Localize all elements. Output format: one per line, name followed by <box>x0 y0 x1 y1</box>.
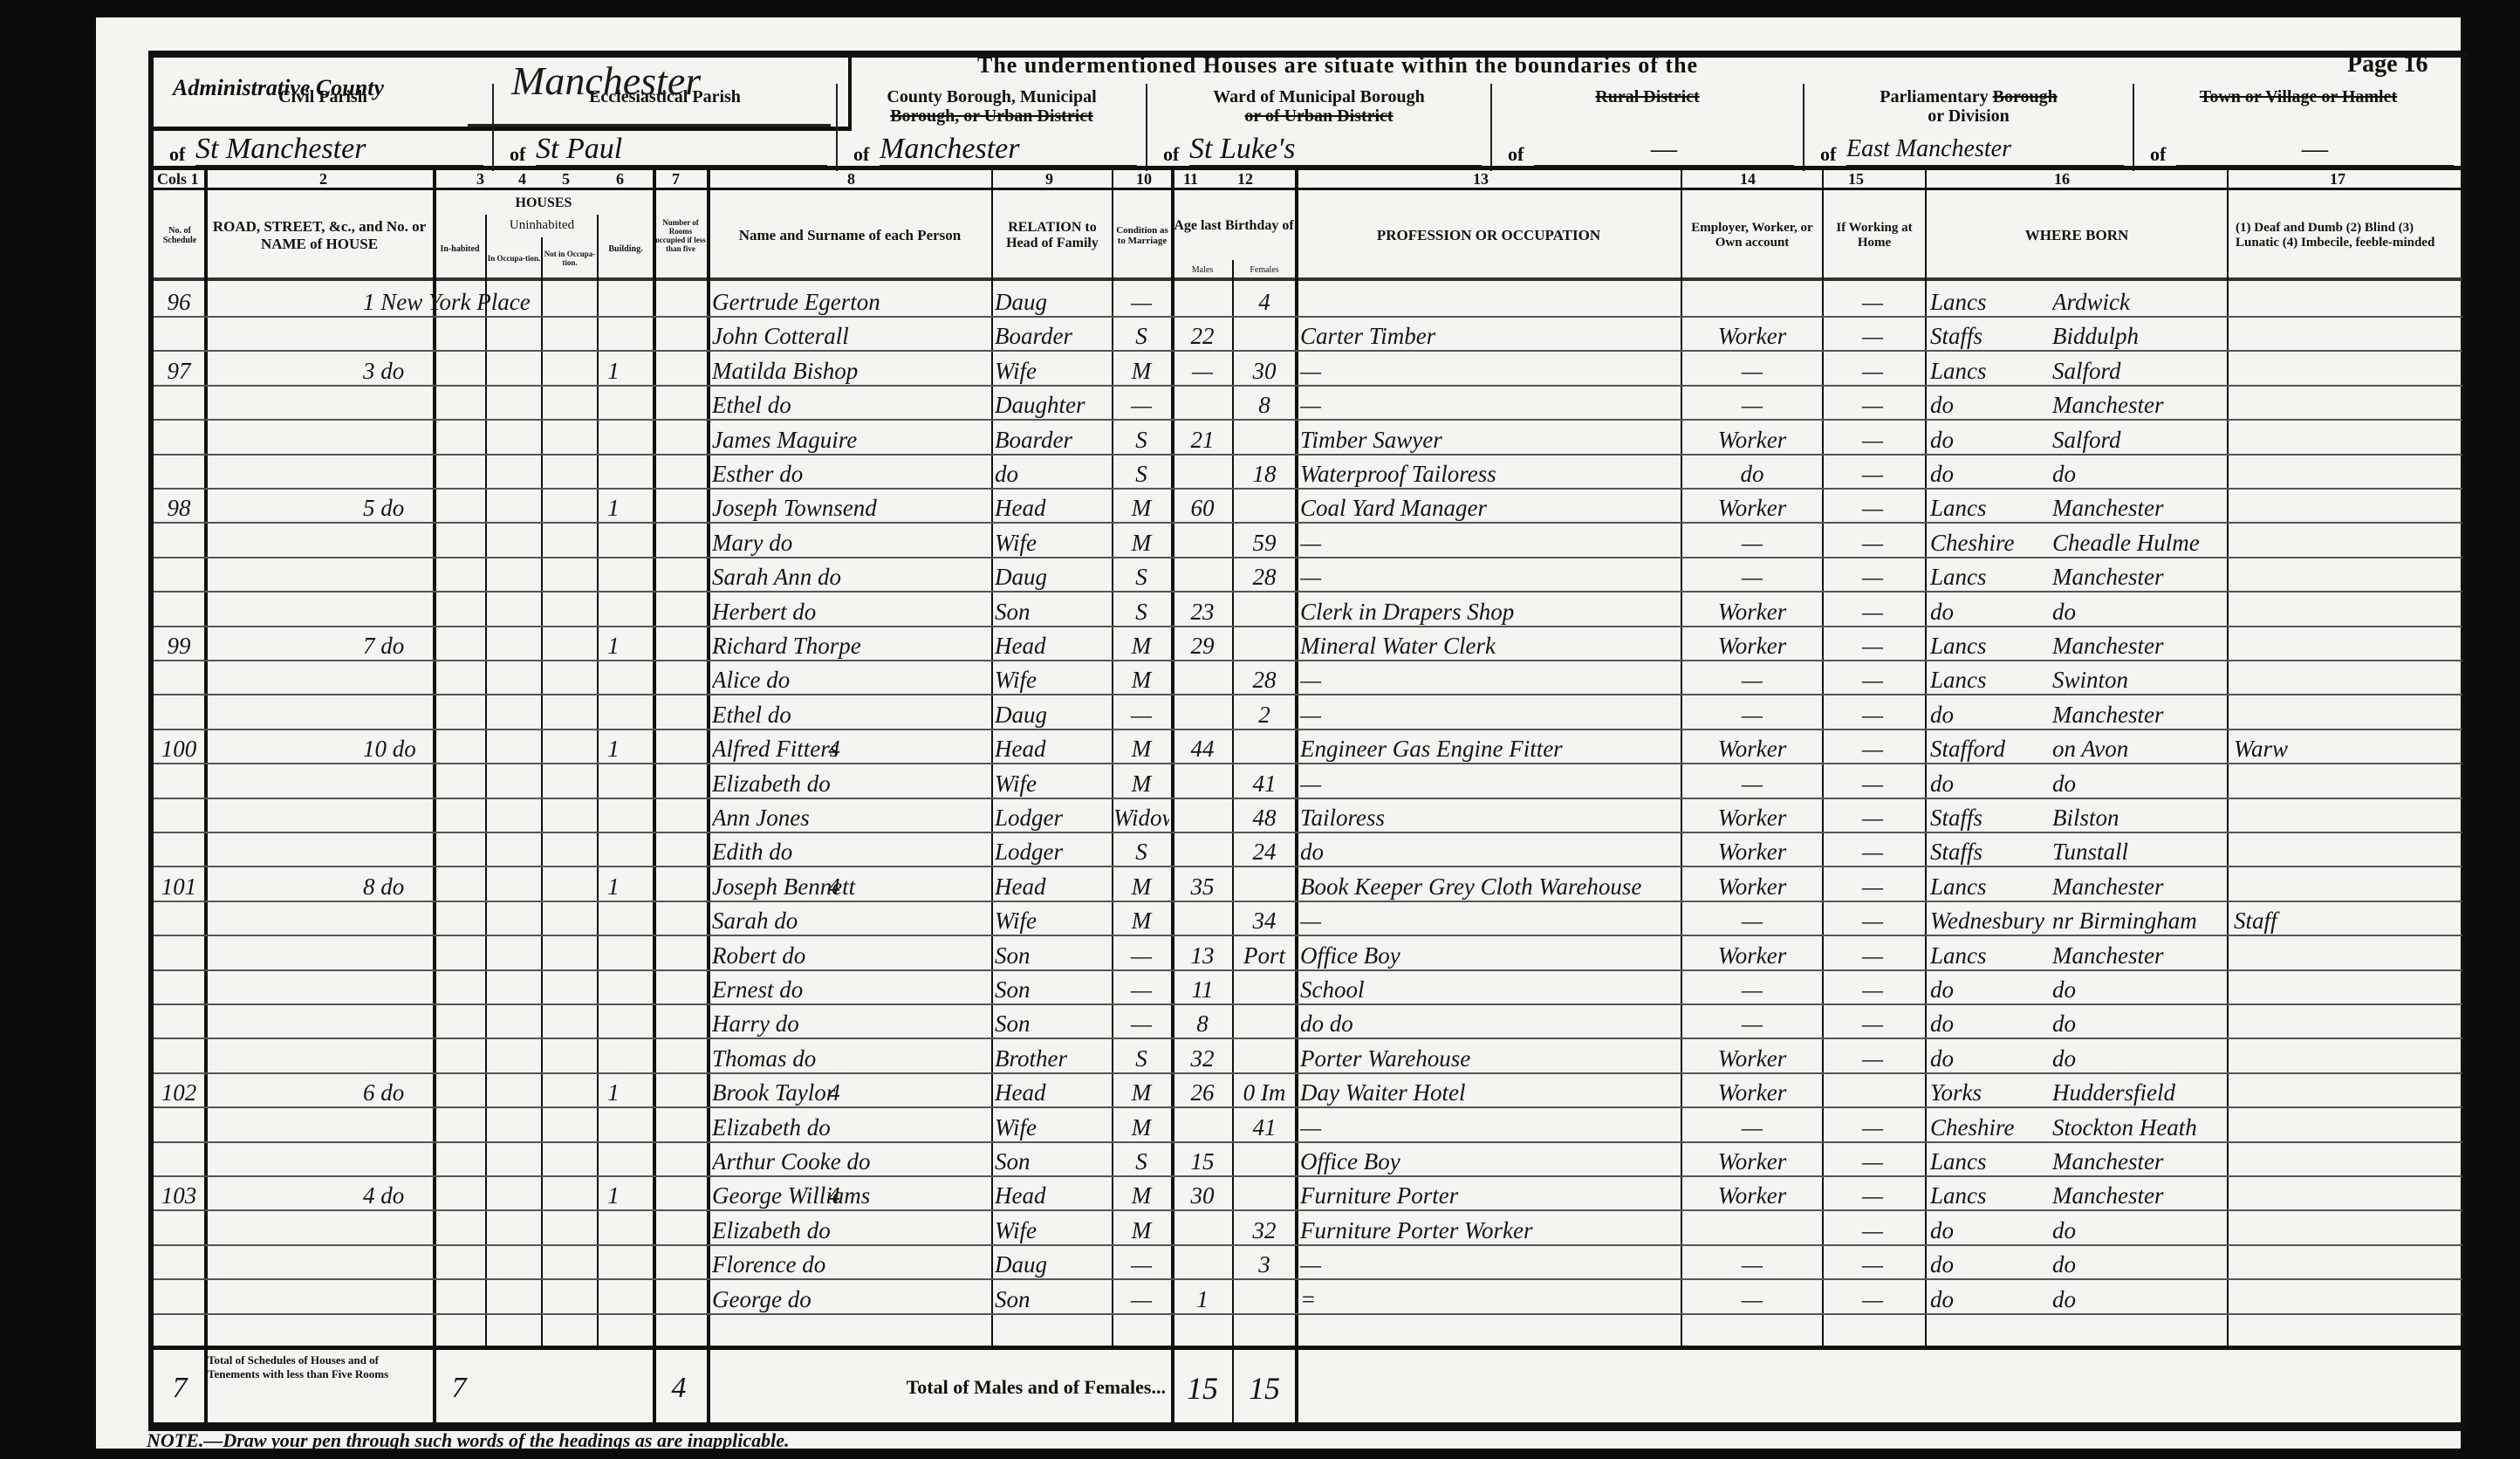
column-number: 9 <box>1045 170 1053 188</box>
county-borough-value: Manchester <box>880 134 1137 168</box>
female-age-cell: 59 <box>1236 524 1293 558</box>
name-cell: Elizabeth do <box>712 1108 993 1143</box>
male-age-cell: 13 <box>1174 936 1230 971</box>
condition-cell: — <box>1113 1280 1169 1315</box>
road-cell <box>363 764 583 799</box>
born-place-cell: Manchester <box>2052 1142 2201 1177</box>
table-row: 985 do1Joseph TownsendHeadM60Coal Yard M… <box>154 489 2462 524</box>
at-home-cell: — <box>1824 593 1921 627</box>
parliamentary-division-value: East Manchester <box>1846 134 2124 168</box>
table-row: Ernest doSon—11School——dodo <box>154 970 2462 1005</box>
born-county-cell: do <box>1930 1004 2052 1039</box>
name-cell: Gertrude Egerton <box>712 283 993 318</box>
condition-cell: S <box>1113 317 1169 352</box>
name-cell: Ethel do <box>712 695 993 730</box>
born-county-cell: do <box>1930 593 2052 627</box>
column-number: 8 <box>847 170 855 188</box>
inhabited-cell <box>590 764 637 799</box>
road-cell <box>363 317 583 352</box>
road-cell <box>363 661 583 695</box>
condition-cell: M <box>1113 1211 1169 1246</box>
condition-cell: S <box>1113 1039 1169 1074</box>
header-rooms: Number of Rooms occupied if less than fi… <box>654 192 707 279</box>
table-row: Mary doWifeM59———CheshireCheadle Hulme <box>154 524 2462 558</box>
table-row: Alice doWifeM28———LancsSwinton <box>154 661 2462 695</box>
road-cell <box>363 901 583 936</box>
employer-cell: — <box>1684 1280 1820 1315</box>
employer-cell: — <box>1684 661 1820 695</box>
born-county-cell: Cheshire <box>1930 524 2052 558</box>
occupation-cell: Carter Timber <box>1300 317 1681 352</box>
table-row: Arthur Cooke doSonS15Office BoyWorker—La… <box>154 1142 2462 1177</box>
occupation-cell: Office Boy <box>1300 1142 1681 1177</box>
occupation-cell: Mineral Water Clerk <box>1300 627 1681 661</box>
civil-parish-box: Civil Parish of St Manchester <box>154 84 494 171</box>
female-age-cell <box>1236 593 1293 627</box>
occupation-cell: — <box>1300 386 1681 421</box>
of-label: of <box>1163 143 1179 166</box>
inhabited-cell <box>590 593 637 627</box>
road-cell <box>363 386 583 421</box>
male-age-cell <box>1174 661 1230 695</box>
born-place-cell: do <box>2052 970 2201 1005</box>
schedule-cell <box>155 1004 202 1039</box>
born-place-cell: do <box>2052 1245 2201 1280</box>
born-county-cell: do <box>1930 764 2052 799</box>
ward-value: St Luke's <box>1189 134 1482 168</box>
infirmity-cell <box>2234 1142 2461 1177</box>
column-number: 17 <box>2330 170 2345 188</box>
table-row: James MaguireBoarderS21Timber SawyerWork… <box>154 421 2462 456</box>
at-home-cell: — <box>1824 421 1921 456</box>
header-females: Females <box>1234 260 1295 279</box>
born-county-cell: Yorks <box>1930 1073 2052 1108</box>
at-home-cell: — <box>1824 1108 1921 1143</box>
at-home-cell: — <box>1824 524 1921 558</box>
at-home-cell: — <box>1824 970 1921 1005</box>
road-cell <box>363 1211 583 1246</box>
born-place-cell: on Avon <box>2052 729 2201 764</box>
infirmity-cell <box>2234 798 2461 833</box>
infirmity-cell <box>2234 1280 2461 1315</box>
infirmity-cell <box>2234 421 2461 456</box>
female-age-cell: Port <box>1236 936 1293 971</box>
condition-cell: Widow <box>1113 798 1169 833</box>
at-home-cell: — <box>1824 936 1921 971</box>
table-row: Sarah doWifeM34———Wednesburynr Birmingha… <box>154 901 2462 936</box>
employer-cell: Worker <box>1684 867 1820 902</box>
inhabited-cell: 1 <box>590 729 637 764</box>
born-place-cell: Manchester <box>2052 867 2201 902</box>
at-home-cell: — <box>1824 1142 1921 1177</box>
county-borough-box: County Borough, Municipal Borough, or Ur… <box>838 84 1147 171</box>
female-age-cell: 34 <box>1236 901 1293 936</box>
female-age-cell: 18 <box>1236 455 1293 490</box>
schedule-cell <box>155 1245 202 1280</box>
male-age-cell <box>1174 386 1230 421</box>
relation-cell: Wife <box>995 1108 1112 1143</box>
header-schedule: No. of Schedule <box>155 192 204 279</box>
column-number: 4 <box>518 170 526 188</box>
relation-cell: Wife <box>995 524 1112 558</box>
column-number: 3 <box>476 170 484 188</box>
inhabited-cell <box>590 661 637 695</box>
of-label: of <box>853 143 869 166</box>
column-number-row: Cols 1 2 3 4 5 6 7 8 9 10 11 12 13 14 15… <box>154 166 2462 190</box>
relation-cell: Son <box>995 1142 1112 1177</box>
schedule-cell <box>155 936 202 971</box>
schedule-cell <box>155 1280 202 1315</box>
inhabited-cell: 1 <box>590 489 637 524</box>
female-age-cell: 2 <box>1236 695 1293 730</box>
road-cell <box>363 1142 583 1177</box>
employer-cell: — <box>1684 764 1820 799</box>
infirmity-cell <box>2234 1073 2461 1108</box>
name-cell: Elizabeth do <box>712 764 993 799</box>
occupation-cell: — <box>1300 524 1681 558</box>
relation-cell: Daug <box>995 283 1112 318</box>
inhabited-cell: 1 <box>590 1176 637 1211</box>
at-home-cell: — <box>1824 1039 1921 1074</box>
at-home-cell: — <box>1824 1245 1921 1280</box>
at-home-cell: — <box>1824 901 1921 936</box>
female-age-cell: 28 <box>1236 558 1293 593</box>
inhabited-cell <box>590 1245 637 1280</box>
condition-cell: M <box>1113 901 1169 936</box>
of-label: of <box>2150 143 2166 166</box>
table-row: 1018 do14Joseph BennettHeadM35Book Keepe… <box>154 867 2462 902</box>
ward-label-struck: or of Urban District <box>1147 106 1490 126</box>
name-cell: John Cotterall <box>712 317 993 352</box>
occupation-cell: School <box>1300 970 1681 1005</box>
employer-cell: — <box>1684 1004 1820 1039</box>
inhabited-cell <box>590 695 637 730</box>
schedule-cell <box>155 1211 202 1246</box>
female-age-cell: 24 <box>1236 832 1293 867</box>
born-county-cell: Lancs <box>1930 1176 2052 1211</box>
female-age-cell <box>1236 1039 1293 1074</box>
occupation-cell: = <box>1300 1280 1681 1315</box>
female-age-cell: 48 <box>1236 798 1293 833</box>
relation-cell: Son <box>995 1280 1112 1315</box>
male-age-cell: 29 <box>1174 627 1230 661</box>
male-age-cell: 22 <box>1174 317 1230 352</box>
relation-cell: Wife <box>995 352 1112 387</box>
infirmity-cell <box>2234 1211 2461 1246</box>
male-age-cell <box>1174 798 1230 833</box>
schedule-cell <box>155 558 202 593</box>
table-row: Thomas doBrotherS32Porter WarehouseWorke… <box>154 1039 2462 1074</box>
schedule-cell <box>155 764 202 799</box>
born-place-cell: do <box>2052 1039 2201 1074</box>
road-cell: 7 do <box>363 627 583 661</box>
at-home-cell: — <box>1824 798 1921 833</box>
born-county-cell: do <box>1930 1039 2052 1074</box>
table-row: Ethel doDaug—2———doManchester <box>154 695 2462 730</box>
header-condition: Condition as to Marriage <box>1113 192 1171 279</box>
header-males: Males <box>1173 260 1232 279</box>
name-cell: James Maguire <box>712 421 993 456</box>
totals-schedules: 7 <box>157 1369 202 1404</box>
schedule-cell <box>155 970 202 1005</box>
occupation-cell: Porter Warehouse <box>1300 1039 1681 1074</box>
table-row: Elizabeth doWifeM41———CheshireStockton H… <box>154 1108 2462 1143</box>
male-age-cell: 60 <box>1174 489 1230 524</box>
at-home-cell: — <box>1824 386 1921 421</box>
table-row: Robert doSon—13PortOffice BoyWorker—Lanc… <box>154 936 2462 971</box>
born-place-cell: do <box>2052 1280 2201 1315</box>
totals-males: 15 <box>1173 1369 1232 1404</box>
ward-box: Ward of Municipal Borough or of Urban Di… <box>1147 84 1492 171</box>
header-rule <box>154 277 2462 281</box>
inhabited-cell: 1 <box>590 867 637 902</box>
female-age-cell: 41 <box>1236 764 1293 799</box>
relation-cell: Lodger <box>995 798 1112 833</box>
male-age-cell <box>1174 1245 1230 1280</box>
parliamentary-label: Parliamentary Borough <box>1804 84 2133 106</box>
occupation-cell <box>1300 283 1681 318</box>
column-number: 16 <box>2054 170 2070 188</box>
at-home-cell: — <box>1824 1176 1921 1211</box>
page-number-box: Page 16 <box>2347 51 2428 79</box>
born-place-cell: Swinton <box>2052 661 2201 695</box>
schedule-cell: 102 <box>155 1073 202 1108</box>
page-label: Page <box>2347 51 2398 78</box>
inhabited-cell <box>590 386 637 421</box>
male-age-cell <box>1174 695 1230 730</box>
road-cell: 1 New York Place <box>363 283 583 318</box>
born-county-cell: do <box>1930 1211 2052 1246</box>
born-county-cell: do <box>1930 386 2052 421</box>
born-place-cell: Manchester <box>2052 386 2201 421</box>
employer-cell: Worker <box>1684 421 1820 456</box>
ward-label: Ward of Municipal Borough <box>1147 84 1490 106</box>
employer-cell: Worker <box>1684 832 1820 867</box>
relation-cell: Head <box>995 627 1112 661</box>
header-not-in-occupation: Not in Occupa-tion. <box>543 237 597 279</box>
relation-cell: Boarder <box>995 317 1112 352</box>
female-age-cell: 30 <box>1236 352 1293 387</box>
condition-cell: S <box>1113 593 1169 627</box>
born-county-cell: Staffs <box>1930 798 2052 833</box>
inhabited-cell <box>590 1039 637 1074</box>
female-age-cell: 8 <box>1236 386 1293 421</box>
infirmity-cell <box>2234 352 2461 387</box>
born-place-cell: do <box>2052 1004 2201 1039</box>
relation-cell: Wife <box>995 1211 1112 1246</box>
at-home-cell: — <box>1824 1280 1921 1315</box>
parliamentary-label-struck: Borough <box>1993 87 2058 106</box>
male-age-cell: 1 <box>1174 1280 1230 1315</box>
male-age-cell: — <box>1174 352 1230 387</box>
infirmity-cell <box>2234 455 2461 490</box>
road-cell <box>363 421 583 456</box>
name-cell: Sarah do <box>712 901 993 936</box>
inhabited-cell <box>590 317 637 352</box>
schedule-cell <box>155 386 202 421</box>
infirmity-cell <box>2234 1108 2461 1143</box>
occupation-cell: Timber Sawyer <box>1300 421 1681 456</box>
relation-cell: Brother <box>995 1039 1112 1074</box>
born-county-cell: Lancs <box>1930 352 2052 387</box>
infirmity-cell <box>2234 970 2461 1005</box>
born-county-cell: do <box>1930 1245 2052 1280</box>
employer-cell: Worker <box>1684 1176 1820 1211</box>
female-age-cell: 32 <box>1236 1211 1293 1246</box>
name-cell: Ernest do <box>712 970 993 1005</box>
schedule-cell <box>155 798 202 833</box>
inhabited-cell <box>590 524 637 558</box>
column-number: 11 <box>1183 170 1198 188</box>
inhabited-cell <box>590 798 637 833</box>
born-place-cell: Manchester <box>2052 695 2201 730</box>
infirmity-cell <box>2234 558 2461 593</box>
male-age-cell: 15 <box>1174 1142 1230 1177</box>
relation-cell: Head <box>995 1073 1112 1108</box>
at-home-cell: — <box>1824 283 1921 318</box>
occupation-cell: Furniture Porter Worker <box>1300 1211 1681 1246</box>
schedule-cell <box>155 1142 202 1177</box>
at-home-cell: — <box>1824 558 1921 593</box>
column-number: 13 <box>1473 170 1489 188</box>
employer-cell: Worker <box>1684 798 1820 833</box>
rural-district-value: — <box>1534 134 1794 168</box>
name-cell: George do <box>712 1280 993 1315</box>
female-age-cell: 0 Im <box>1236 1073 1293 1108</box>
male-age-cell <box>1174 524 1230 558</box>
female-age-cell <box>1236 1280 1293 1315</box>
female-age-cell <box>1236 867 1293 902</box>
occupation-cell: — <box>1300 1245 1681 1280</box>
infirmity-cell <box>2234 661 2461 695</box>
of-label: of <box>1820 143 1836 166</box>
name-cell: Thomas do <box>712 1039 993 1074</box>
condition-cell: — <box>1113 695 1169 730</box>
road-cell <box>363 1108 583 1143</box>
female-age-cell: 28 <box>1236 661 1293 695</box>
occupation-cell: Clerk in Drapers Shop <box>1300 593 1681 627</box>
infirmity-cell <box>2234 1039 2461 1074</box>
table-row: John CotterallBoarderS22Carter TimberWor… <box>154 317 2462 352</box>
inhabited-cell <box>590 1108 637 1143</box>
schedule-cell: 98 <box>155 489 202 524</box>
at-home-cell: — <box>1824 729 1921 764</box>
born-county-cell: Lancs <box>1930 489 2052 524</box>
born-county-cell: Lancs <box>1930 627 2052 661</box>
column-number: 6 <box>616 170 624 188</box>
schedule-cell <box>155 1108 202 1143</box>
infirmity-cell <box>2234 1004 2461 1039</box>
born-county-cell: Lancs <box>1930 558 2052 593</box>
born-county-cell: Staffs <box>1930 317 2052 352</box>
road-cell <box>363 455 583 490</box>
condition-cell: M <box>1113 524 1169 558</box>
employer-cell: — <box>1684 1108 1820 1143</box>
male-age-cell <box>1174 558 1230 593</box>
name-cell: Harry do <box>712 1004 993 1039</box>
condition-cell: M <box>1113 627 1169 661</box>
at-home-cell: — <box>1824 661 1921 695</box>
name-cell: Edith do <box>712 832 993 867</box>
parliamentary-division-box: Parliamentary Borough or Division of Eas… <box>1804 84 2134 171</box>
born-county-cell: Staffs <box>1930 832 2052 867</box>
schedule-cell <box>155 593 202 627</box>
born-county-cell: Cheshire <box>1930 1108 2052 1143</box>
relation-cell: Wife <box>995 764 1112 799</box>
female-age-cell <box>1236 729 1293 764</box>
relation-cell: Head <box>995 1176 1112 1211</box>
condition-cell: — <box>1113 283 1169 318</box>
road-cell <box>363 524 583 558</box>
road-cell <box>363 593 583 627</box>
relation-cell: Daug <box>995 695 1112 730</box>
road-cell <box>363 558 583 593</box>
female-age-cell <box>1236 489 1293 524</box>
schedule-cell <box>155 524 202 558</box>
condition-cell: — <box>1113 936 1169 971</box>
name-cell: Alfred Fitters <box>712 729 993 764</box>
name-cell: George Williams <box>712 1176 993 1211</box>
occupation-cell: Engineer Gas Engine Fitter <box>1300 729 1681 764</box>
condition-cell: S <box>1113 421 1169 456</box>
inhabited-cell <box>590 1280 637 1315</box>
born-county-cell: do <box>1930 1280 2052 1315</box>
condition-cell: M <box>1113 489 1169 524</box>
born-place-cell: Salford <box>2052 352 2201 387</box>
road-cell <box>363 1004 583 1039</box>
inhabited-cell: 1 <box>590 352 637 387</box>
at-home-cell: — <box>1824 489 1921 524</box>
employer-cell: — <box>1684 901 1820 936</box>
male-age-cell <box>1174 901 1230 936</box>
table-row: Ethel doDaughter—8———doManchester <box>154 386 2462 421</box>
infirmity-cell: Warw <box>2234 729 2461 764</box>
born-county-cell: do <box>1930 695 2052 730</box>
infirmity-cell <box>2234 1176 2461 1211</box>
page-title: The undermentioned Houses are situate wi… <box>977 52 1698 79</box>
relation-cell: Wife <box>995 661 1112 695</box>
occupation-cell: Book Keeper Grey Cloth Warehouse <box>1300 867 1681 902</box>
male-age-cell <box>1174 1108 1230 1143</box>
road-cell <box>363 695 583 730</box>
born-place-cell: Manchester <box>2052 627 2201 661</box>
female-age-cell <box>1236 627 1293 661</box>
relation-cell: Son <box>995 1004 1112 1039</box>
at-home-cell: — <box>1824 317 1921 352</box>
born-place-cell: Manchester <box>2052 489 2201 524</box>
condition-cell: — <box>1113 1245 1169 1280</box>
employer-cell: Worker <box>1684 936 1820 971</box>
born-place-cell: nr Birmingham <box>2052 901 2201 936</box>
condition-cell: M <box>1113 729 1169 764</box>
inhabited-cell <box>590 283 637 318</box>
at-home-cell: — <box>1824 1004 1921 1039</box>
relation-cell: Boarder <box>995 421 1112 456</box>
male-age-cell <box>1174 1211 1230 1246</box>
table-row: Sarah Ann doDaugS28———LancsManchester <box>154 558 2462 593</box>
born-place-cell: Tunstall <box>2052 832 2201 867</box>
relation-cell: Daug <box>995 558 1112 593</box>
condition-cell: S <box>1113 1142 1169 1177</box>
road-cell <box>363 1280 583 1315</box>
condition-cell: M <box>1113 1176 1169 1211</box>
row-rule <box>154 1313 2462 1315</box>
condition-cell: — <box>1113 1004 1169 1039</box>
name-cell: Florence do <box>712 1245 993 1280</box>
schedule-cell: 103 <box>155 1176 202 1211</box>
male-age-cell: 26 <box>1174 1073 1230 1108</box>
ecclesiastical-parish-label: Ecclesiastical Parish <box>494 84 836 106</box>
